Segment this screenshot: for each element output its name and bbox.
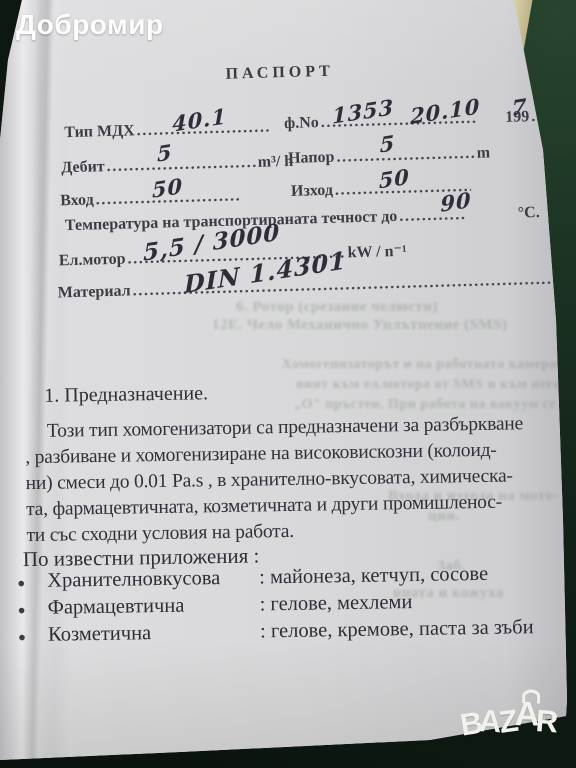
application-name: Фармацевтична: [47, 593, 259, 619]
section-heading: 1. Предназначение.: [44, 382, 208, 408]
bullet-icon: ●: [18, 629, 48, 645]
applications-list: ● Хранителновкусова : майонеза, кетчуп, …: [17, 562, 534, 651]
photo-of-document: ПАСПОРТ Тип МДХ ........................…: [0, 0, 576, 768]
paper-sheet: ПАСПОРТ Тип МДХ ........................…: [0, 0, 576, 768]
application-examples: : гелове, мехлеми: [259, 591, 412, 616]
application-examples: : майонеза, кетчуп, сосове: [259, 563, 488, 590]
logo-shopping-bag-letter: A: [514, 697, 536, 731]
purpose-paragraph: Този тип хомогенизатори са предназначени…: [25, 411, 525, 549]
bazar-logo: B A Z A R: [459, 700, 556, 737]
purpose-section: 1. Предназначение. Този тип хомогенизато…: [0, 0, 576, 768]
application-name: Козметична: [48, 620, 260, 646]
bullet-icon: ●: [17, 575, 47, 591]
logo-letter: A: [479, 705, 500, 737]
bullet-icon: ●: [18, 602, 48, 618]
application-name: Хранителновкусова: [47, 566, 259, 592]
bag-handle-icon: [522, 689, 540, 703]
seller-watermark: Добромир: [16, 9, 164, 41]
logo-letter: R: [535, 705, 557, 737]
application-examples: : гелове, кремове, паста за зъби: [260, 616, 534, 643]
